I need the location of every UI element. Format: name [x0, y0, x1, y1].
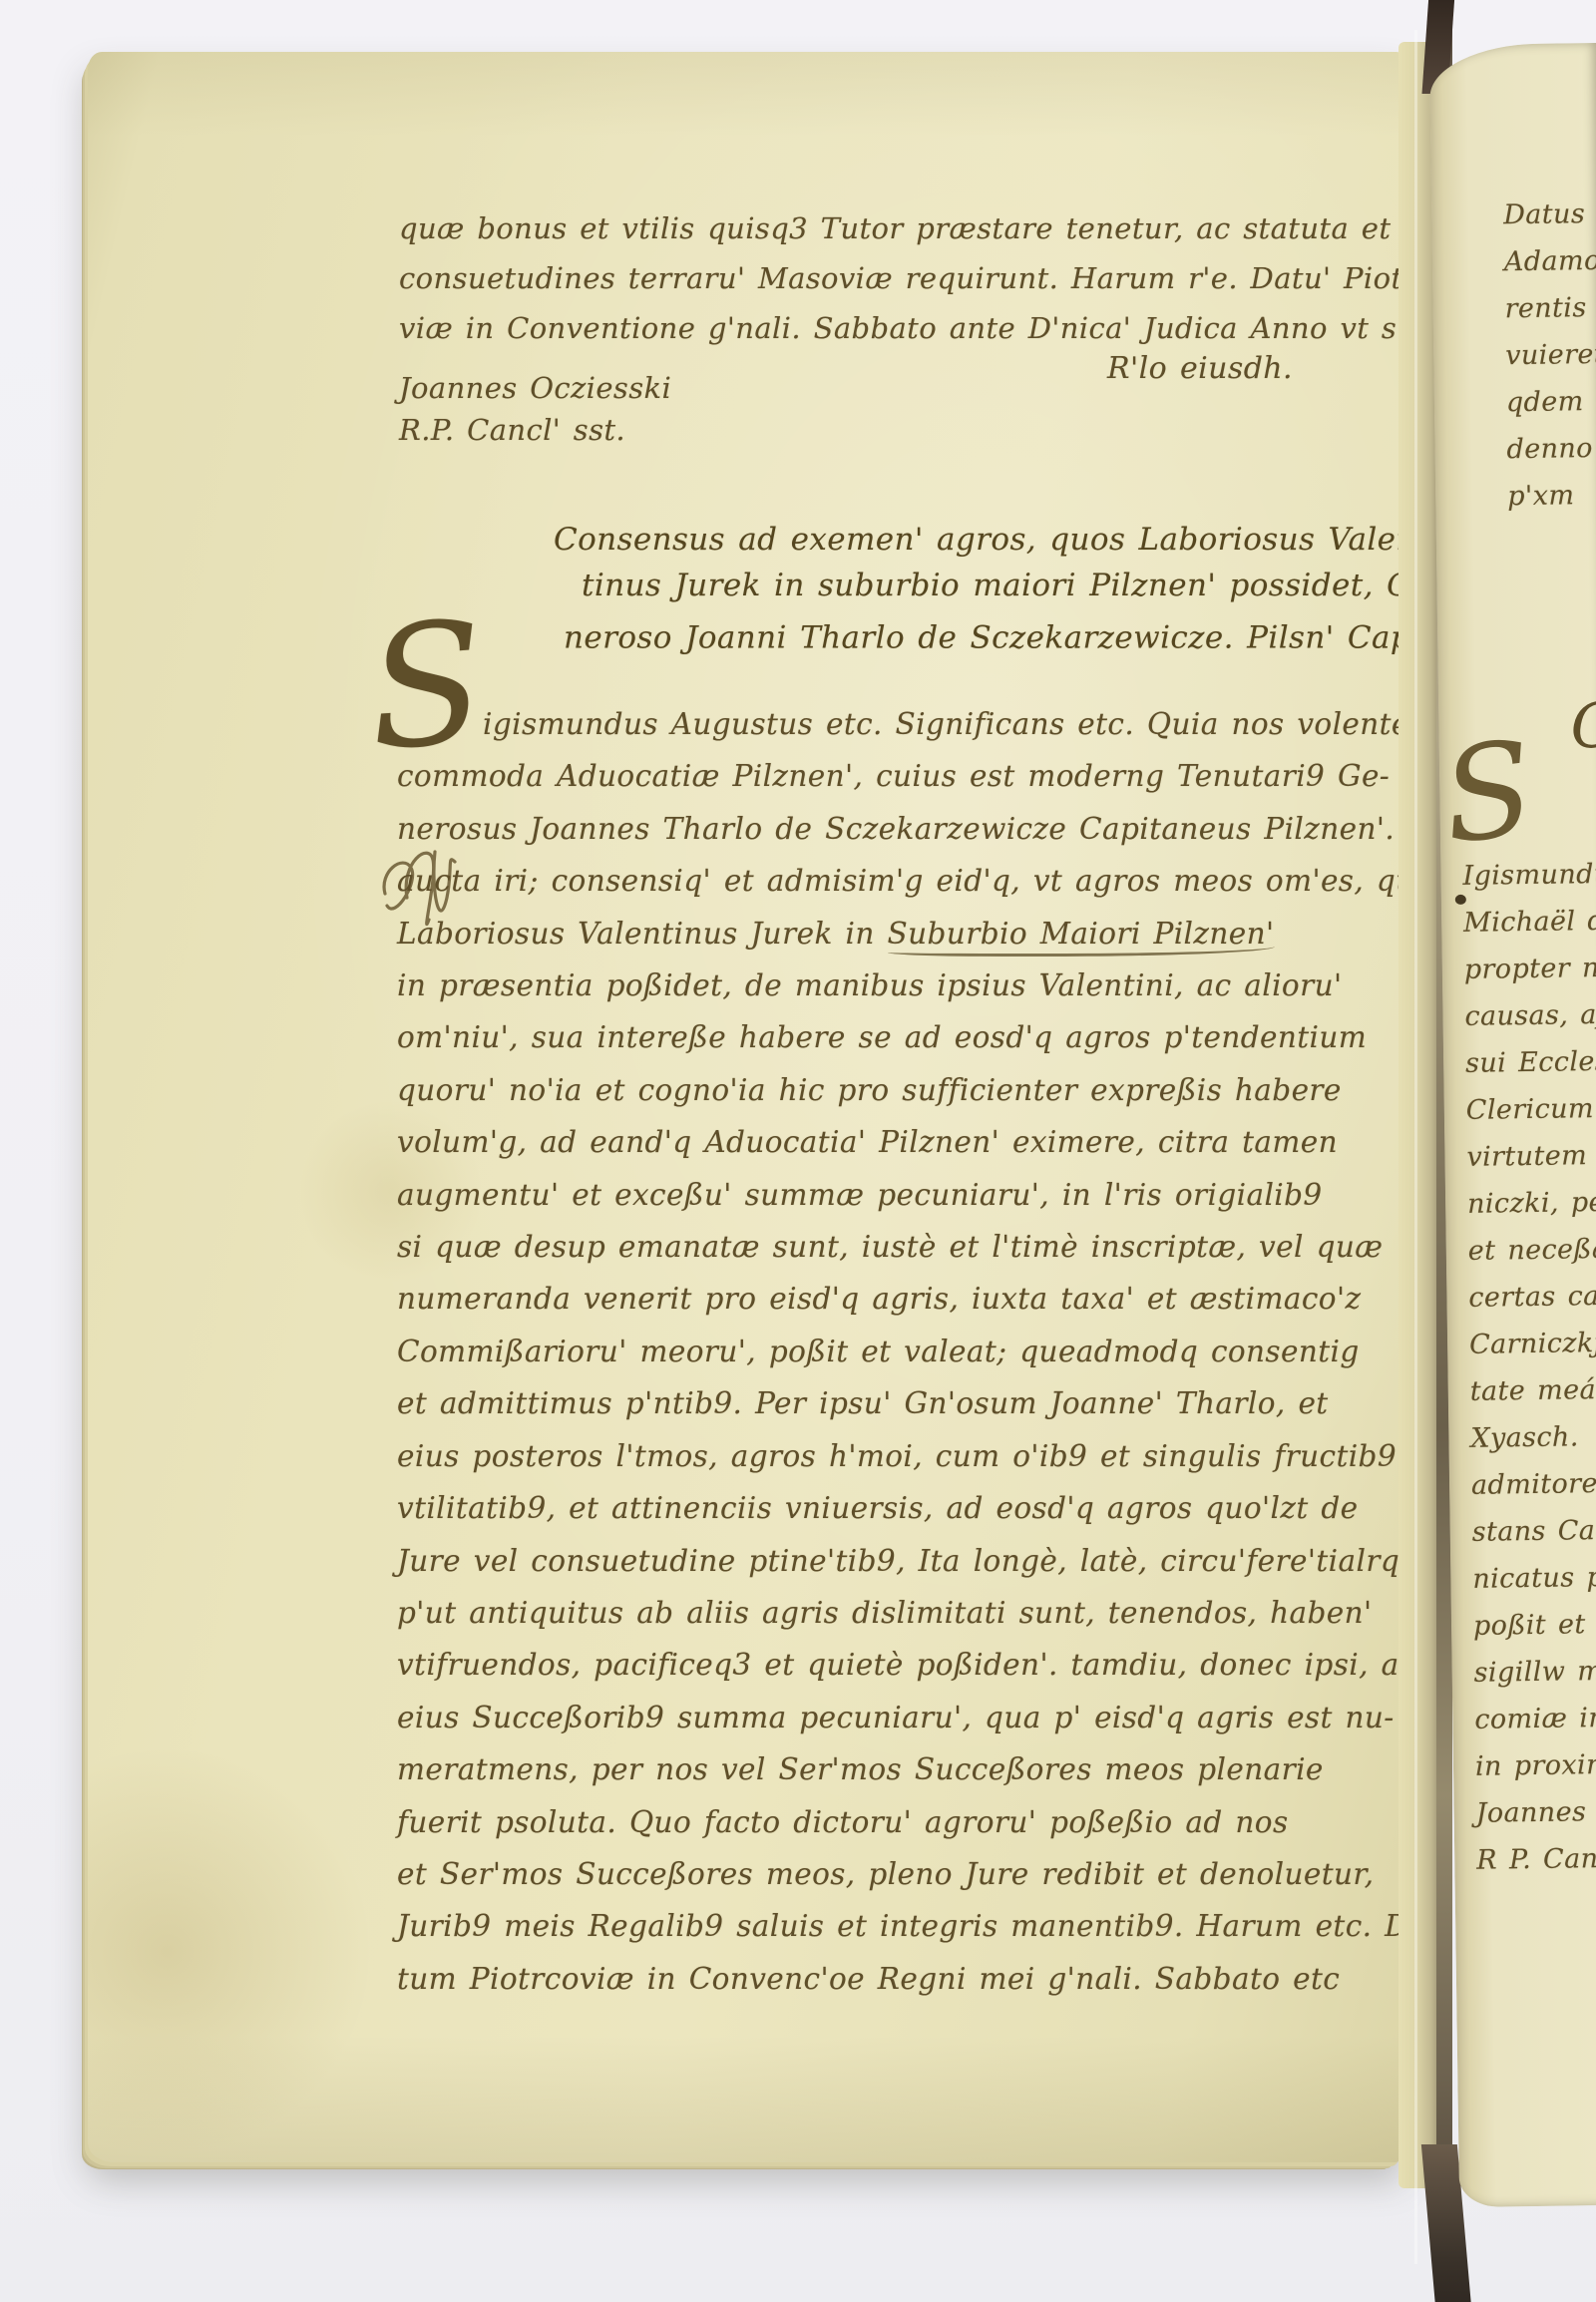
fragment-line: admitorem [1471, 1460, 1596, 1509]
fragment-line: virtutem I [1466, 1132, 1596, 1181]
fragment-line: causas, aß [1464, 991, 1596, 1040]
closing-block: quæ bonus et vtilis quisq3 Tutor præstar… [399, 203, 1461, 353]
fragment-line: vuieret [1505, 331, 1596, 380]
fragment-line: denno [1506, 425, 1596, 474]
body-line: aucta iri; consensiq' et admisim'g eid'q… [397, 855, 1444, 907]
right-page: Datus e Adamo rentis s vuieret qdem e de… [1429, 43, 1596, 2207]
right-page-decorated-initial-s: S [1437, 728, 1540, 858]
body-line: quoru' no'ia et cogno'ia hic pro suffici… [397, 1064, 1444, 1116]
entry-heading: Consensus ad exemen' agros, quos Laborio… [554, 517, 1525, 660]
right-page-date-fragment: Datus e Adamo rentis s vuieret qdem e de… [1503, 191, 1596, 521]
body-line: si quæ desup emanatæ sunt, iustè et l'ti… [397, 1221, 1444, 1273]
body-line: et admittimus p'ntib9. Per ipsu' Gn'osum… [397, 1377, 1444, 1429]
body-line: meratmens, per nos vel Ser'mos Succeßore… [397, 1743, 1444, 1795]
fragment-line: nicatus p [1472, 1554, 1596, 1603]
body-line: in præsentia poßidet, de manibus ipsius … [397, 959, 1444, 1011]
body-line: Commißarioru' meoru', poßit et valeat; q… [397, 1326, 1444, 1377]
heading-line: neroso Joanni Tharlo de Sczekarzewicze. … [554, 608, 1525, 660]
right-page-body-fragment: Igismundus Michaël de propter nig causas… [1462, 851, 1596, 1884]
signer-title: R.P. Cancl' sst. [399, 409, 671, 451]
fragment-line: et neceßa [1467, 1226, 1596, 1275]
right-page-heading-initial: C [1570, 689, 1596, 763]
body-line: vtifruendos, pacificeq3 et quietè poßide… [397, 1639, 1444, 1691]
body-line-underlined: Laboriosus Valentinus Jurek in Suburbio … [397, 908, 1444, 959]
fragment-line: Joannes 6 [1475, 1788, 1596, 1837]
body-line: vtilitatib9, et attinenciis vniuersis, a… [397, 1482, 1444, 1534]
fragment-line: propter nig [1463, 945, 1596, 993]
body-line: tum Piotrcoviæ in Convenc'oe Regni mei g… [397, 1953, 1444, 2005]
body-line: Jurib9 meis Regalib9 saluis et integris … [397, 1900, 1444, 1952]
fragment-line: R P. Can [1476, 1835, 1596, 1884]
fragment-line: Michaël de [1463, 898, 1596, 947]
fragment-line: tate meá f [1469, 1366, 1596, 1415]
fragment-line: certas cau [1468, 1273, 1596, 1322]
left-page: quæ bonus et vtilis quisq3 Tutor præstar… [88, 52, 1404, 2162]
fragment-line: rentis s [1504, 284, 1596, 333]
body-line: fuerit psoluta. Quo facto dictoru' agror… [397, 1796, 1444, 1848]
fragment-line: poßit et r [1473, 1601, 1596, 1650]
fragment-line: Igismundus [1462, 851, 1596, 900]
closing-line: quæ bonus et vtilis quisq3 Tutor præstar… [399, 203, 1461, 253]
signature-block: Joannes Ocziesski R.P. Cancl' sst. [399, 367, 671, 451]
closing-line: viæ in Conventione g'nali. Sabbato ante … [399, 303, 1461, 353]
fragment-line: comiæ in C [1474, 1695, 1596, 1743]
signer-name: Joannes Ocziesski [399, 367, 671, 409]
body-line: eius Succeßorib9 summa pecuniaru', qua p… [397, 1692, 1444, 1743]
body-line: eius posteros l'tmos, agros h'moi, cum o… [397, 1430, 1444, 1482]
fragment-line: sigillw m [1473, 1648, 1596, 1697]
body-line: augmentu' et exceßu' summæ pecuniaru', i… [397, 1169, 1444, 1221]
fragment-line: Clericum C [1465, 1085, 1596, 1134]
body-text: igismundus Augustus etc. Significans etc… [397, 698, 1444, 2005]
fragment-line: stans Cae [1471, 1507, 1596, 1556]
relatio-note: R'lo eiusdh. [1107, 351, 1293, 386]
fragment-line: Carniczkj [1469, 1320, 1596, 1368]
fragment-line: qdem e [1506, 378, 1596, 427]
underlined-phrase: Suburbio Maiori Pilznen' [888, 917, 1275, 957]
fragment-line: Adamo [1504, 237, 1596, 286]
fragment-line: Datus e [1503, 191, 1596, 239]
body-line: volum'g, ad eand'q Aduocatia' Pilznen' e… [397, 1116, 1444, 1168]
body-line: igismundus Augustus etc. Significans etc… [397, 698, 1444, 750]
heading-line: tinus Jurek in suburbio maiori Pilznen' … [554, 563, 1525, 608]
fragment-line: niczki, per [1467, 1179, 1596, 1228]
manuscript-photo: quæ bonus et vtilis quisq3 Tutor præstar… [0, 0, 1596, 2302]
body-line: om'niu', sua intereße habere se ad eosd'… [397, 1011, 1444, 1063]
body-line: commoda Aduocatiæ Pilznen', cuius est mo… [397, 750, 1444, 802]
body-line: Jure vel consuetudine ptine'tib9, Ita lo… [397, 1535, 1444, 1587]
fragment-line: in proxim [1475, 1741, 1596, 1790]
fragment-line: p'xm [1507, 472, 1596, 521]
heading-line3-pre: neroso Joanni Tharlo de Sczekarzewicze. … [564, 619, 1410, 655]
body-line: p'ut antiquitus ab aliis agris dislimita… [397, 1587, 1444, 1639]
fragment-line: sui Eccles [1465, 1038, 1596, 1087]
body-line: numeranda venerit pro eisd'q agris, iuxt… [397, 1273, 1444, 1325]
gutter-highlight-line [1414, 30, 1417, 2264]
closing-line: consuetudines terraru' Masoviæ requirunt… [399, 253, 1461, 303]
underline-line-pre: Laboriosus Valentinus Jurek in [397, 917, 888, 951]
heading-line: Consensus ad exemen' agros, quos Laborio… [554, 517, 1525, 563]
body-line: et Ser'mos Succeßores meos, pleno Jure r… [397, 1848, 1444, 1900]
body-line: nerosus Joannes Tharlo de Sczekarzewicze… [397, 803, 1444, 855]
fragment-line: Xyasch. [1470, 1413, 1596, 1462]
